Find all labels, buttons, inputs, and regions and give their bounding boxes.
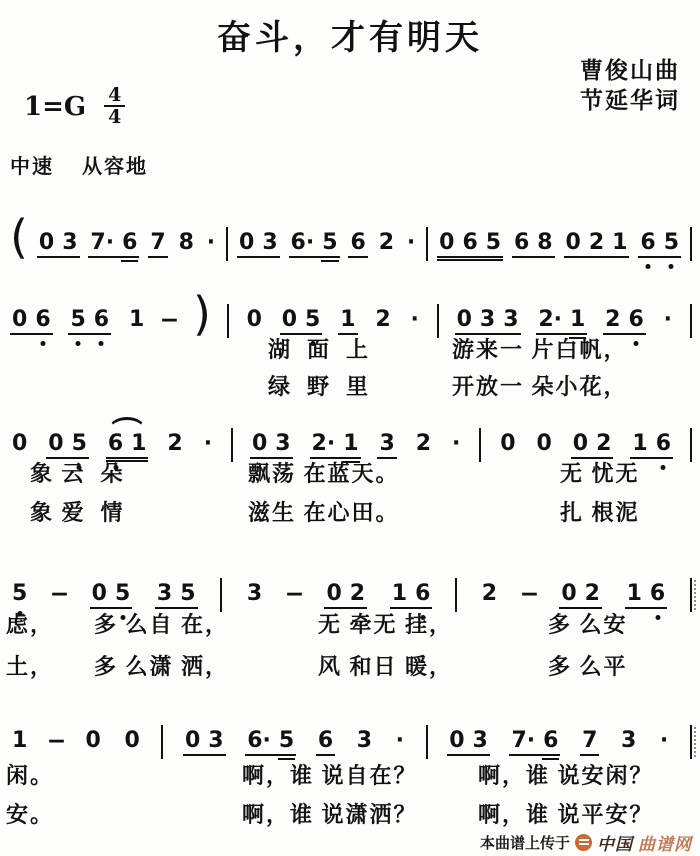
- jianpu-note: 0: [86, 730, 101, 752]
- jianpu-note: 1: [392, 583, 407, 605]
- jianpu-note: 6: [108, 433, 123, 455]
- jianpu-note: 2: [416, 433, 431, 455]
- jianpu-note: 5: [115, 583, 130, 605]
- duration-dash: –: [160, 309, 179, 331]
- barline: [426, 227, 428, 261]
- lyric-row-3: 象 云 朵飘荡 在蓝天。无 忧无: [0, 457, 700, 489]
- key-signature: 1=G44: [24, 86, 125, 126]
- song-title: 奋斗，才有明天: [0, 10, 700, 59]
- note-group: 03: [447, 730, 490, 756]
- note-group: 0: [10, 433, 29, 457]
- note-group: –: [52, 583, 67, 607]
- jianpu-note: 6: [350, 232, 365, 254]
- jianpu-note: 1: [343, 433, 358, 455]
- augmentation-dot: ·: [664, 309, 672, 331]
- augmentation-dot: ·: [396, 730, 404, 752]
- lyric-segment: 绿 野 里: [268, 370, 370, 401]
- jianpu-note: 0: [566, 232, 581, 254]
- jianpu-note: 6: [514, 232, 529, 254]
- lyric-segment: 开放一 朵小花，: [452, 370, 628, 401]
- note-group: 021: [564, 232, 630, 258]
- note-group: 1: [127, 309, 146, 333]
- jianpu-note: 0: [500, 433, 515, 455]
- note-group: ·: [409, 309, 421, 333]
- note-group: 16: [630, 433, 673, 459]
- jianpu-note: 5: [322, 232, 337, 254]
- note-group: 02: [324, 583, 367, 609]
- note-group: ·: [202, 433, 214, 457]
- note-group: 0: [122, 730, 141, 754]
- note-group: 06: [10, 309, 53, 335]
- jianpu-note: 6: [462, 232, 477, 254]
- lyric-segment: 无 牵无 挂，: [318, 608, 453, 639]
- jianpu-note: 1: [632, 433, 647, 455]
- barline: [161, 725, 163, 759]
- jianpu-note: 0: [561, 583, 576, 605]
- lyric-segment: 土，: [6, 650, 54, 681]
- jianpu-note: 2: [375, 309, 390, 331]
- note-group: 2: [480, 583, 499, 607]
- jianpu-note: 0: [239, 232, 254, 254]
- site-name-suffix: 曲谱网: [638, 830, 692, 855]
- note-group: 2: [377, 232, 396, 256]
- jianpu-note: 5: [305, 309, 320, 331]
- note-group: 0: [84, 730, 103, 754]
- jianpu-note: 3: [247, 583, 262, 605]
- note-group: 5: [10, 583, 29, 607]
- duration-dash: –: [520, 583, 539, 605]
- lyric-segment: 象 云 朵: [30, 457, 125, 488]
- jianpu-note: 1: [340, 309, 355, 331]
- duration-dash: –: [285, 583, 304, 605]
- augmentation-dot: ·: [204, 433, 212, 455]
- jianpu-note: 6·: [247, 730, 271, 752]
- jianpu-note: 2·: [538, 309, 562, 331]
- augmentation-dot: ·: [207, 232, 215, 254]
- lyric-segment: 啊，谁 说潇洒？: [242, 798, 418, 829]
- jianpu-note: 6: [318, 730, 333, 752]
- jianpu-note: 0: [12, 309, 27, 331]
- note-group: ·: [394, 730, 406, 754]
- intro-paren-close: ): [193, 291, 211, 337]
- note-group: 3: [619, 730, 638, 754]
- lyric-segment: 飘荡 在蓝天。: [248, 457, 400, 488]
- jianpu-note: 0: [185, 730, 200, 752]
- note-group: 26: [603, 309, 646, 335]
- lyric-row-7: 闲。啊，谁 说自在？啊，谁 说安闲？: [0, 759, 700, 791]
- lyric-row-1: 湖 面 上游来一 片白帆，: [0, 333, 700, 365]
- note-group: ·: [205, 232, 217, 256]
- note-group: ·: [658, 730, 670, 754]
- jianpu-note: 0: [326, 583, 341, 605]
- jianpu-note: 3: [262, 232, 277, 254]
- jianpu-note: 0: [39, 232, 54, 254]
- jianpu-note: 2: [596, 433, 611, 455]
- barline: [426, 725, 428, 759]
- jianpu-note: 6: [650, 583, 665, 605]
- jianpu-note: 3: [208, 730, 223, 752]
- low-octave-dot: [669, 264, 674, 269]
- jianpu-note: 2: [350, 583, 365, 605]
- lyric-row-5: 虑，多 么自 在，无 牵无 挂，多 么安: [0, 608, 700, 640]
- note-group: 61: [106, 433, 149, 459]
- lyric-segment: 多 么平: [548, 650, 628, 681]
- note-group: 2·1: [310, 433, 361, 459]
- lyric-segment: 扎 根泥: [560, 496, 640, 527]
- jianpu-note: 2: [167, 433, 182, 455]
- upload-note-text: 本曲谱上传于: [480, 832, 570, 853]
- jianpu-note: 1: [12, 730, 27, 752]
- notation-line-1: (037·678·036·562·0656802165: [10, 210, 692, 258]
- note-group: 7: [148, 232, 167, 258]
- jianpu-note: 1: [131, 433, 146, 455]
- notation-line-2: 06561–)00512·0332·126·: [10, 287, 692, 335]
- lyric-row-2: 绿 野 里开放一 朵小花，: [0, 370, 700, 402]
- jianpu-note: 2: [605, 309, 620, 331]
- jianpu-note: 2: [482, 583, 497, 605]
- lyric-segment: 无 忧无: [560, 457, 640, 488]
- note-group: –: [49, 730, 64, 754]
- note-group: 56: [68, 309, 111, 335]
- jianpu-note: 0: [457, 309, 472, 331]
- jianpu-note: 0: [124, 730, 139, 752]
- note-group: 35: [155, 583, 198, 609]
- jianpu-note: 2·: [312, 433, 336, 455]
- jianpu-note: 6·: [291, 232, 315, 254]
- lyric-row-8: 安。啊，谁 说潇洒？啊，谁 说平安？: [0, 798, 700, 830]
- lyricist-credit: 节延华词: [580, 86, 680, 116]
- barline: [455, 578, 457, 612]
- note-group: 05: [90, 583, 133, 609]
- notation-line-4: 5–05353–02162–0216: [10, 566, 692, 609]
- jianpu-note: 1: [627, 583, 642, 605]
- lyric-segment: 滋生 在心田。: [248, 496, 400, 527]
- jianpu-note: 2: [379, 232, 394, 254]
- note-group: 03: [237, 232, 280, 258]
- jianpu-note: 0: [573, 433, 588, 455]
- note-group: 03: [37, 232, 80, 258]
- note-group: 03: [250, 433, 293, 459]
- sheet-music-page: 奋斗，才有明天 曹俊山曲 节延华词 1=G44 中速从容地 (037·678·0…: [0, 0, 700, 856]
- note-group: –: [162, 309, 177, 333]
- jianpu-note: 3: [473, 730, 488, 752]
- time-signature-numerator: 4: [104, 86, 125, 107]
- credits-block: 曹俊山曲 节延华词: [580, 56, 680, 116]
- jianpu-note: 6: [543, 730, 558, 752]
- lyric-segment: 闲。: [6, 759, 54, 790]
- jianpu-note: 6: [122, 232, 137, 254]
- note-group: 2: [373, 309, 392, 333]
- jianpu-note: 7·: [511, 730, 535, 752]
- jianpu-note: 7: [582, 730, 597, 752]
- jianpu-note: 3: [621, 730, 636, 752]
- lyric-segment: 啊，谁 说平安？: [478, 798, 654, 829]
- jianpu-note: 1: [570, 309, 585, 331]
- note-group: 6·5: [289, 232, 340, 258]
- lyric-row-4: 象 爱 情滋生 在心田。扎 根泥: [0, 496, 700, 528]
- jianpu-note: 3: [503, 309, 518, 331]
- note-group: 033: [455, 309, 521, 335]
- jianpu-note: 0: [12, 433, 27, 455]
- note-group: 8: [177, 232, 196, 256]
- note-group: 65: [638, 232, 681, 258]
- notation-line-5: 1–00036·563·037·673·: [10, 713, 692, 756]
- note-group: 2·1: [536, 309, 587, 335]
- note-group: 0: [245, 309, 264, 333]
- jianpu-note: 2: [589, 232, 604, 254]
- jianpu-note: 0: [92, 583, 107, 605]
- note-group: 05: [46, 433, 89, 459]
- jianpu-note: 3: [157, 583, 172, 605]
- expression-text: 从容地: [82, 156, 148, 178]
- jianpu-note: 7·: [90, 232, 114, 254]
- jianpu-note: 5: [12, 583, 27, 605]
- note-group: 0: [498, 433, 517, 457]
- jianpu-note: 0: [439, 232, 454, 254]
- jianpu-note: 7: [150, 232, 165, 254]
- final-barline: [690, 578, 692, 612]
- jianpu-note: 3: [275, 433, 290, 455]
- note-group: ·: [662, 309, 674, 333]
- jianpu-note: 8: [179, 232, 194, 254]
- jianpu-note: 1: [129, 309, 144, 331]
- jianpu-note: 6: [640, 232, 655, 254]
- intro-paren-open: (: [10, 214, 28, 260]
- lyric-segment: 多 么潇 洒，: [94, 650, 229, 681]
- note-group: 7: [580, 730, 599, 756]
- duration-dash: –: [47, 730, 66, 752]
- lyric-segment: 湖 面 上: [268, 333, 370, 364]
- note-group: 7·6: [88, 232, 139, 258]
- note-group: 1: [10, 730, 29, 754]
- lyric-segment: 虑，: [6, 608, 54, 639]
- final-barline: [690, 725, 692, 759]
- jianpu-note: 0: [282, 309, 297, 331]
- jianpu-note: 3: [480, 309, 495, 331]
- lyric-segment: 多 么自 在，: [94, 608, 229, 639]
- note-group: 065: [437, 232, 503, 258]
- note-group: 02: [559, 583, 602, 609]
- jianpu-note: 0: [247, 309, 262, 331]
- lyric-row-6: 土，多 么潇 洒，风 和日 暖，多 么平: [0, 650, 700, 682]
- qupu-site-logo-icon: [575, 834, 592, 851]
- jianpu-note: 2: [585, 583, 600, 605]
- note-group: 0: [535, 433, 554, 457]
- jianpu-note: 5: [70, 309, 85, 331]
- augmentation-dot: ·: [452, 433, 460, 455]
- note-group: 3: [355, 730, 374, 754]
- notation-line-3: 005612·032·132·000216: [10, 416, 692, 459]
- jianpu-note: 5: [279, 730, 294, 752]
- augmentation-dot: ·: [411, 309, 419, 331]
- note-group: 05: [280, 309, 323, 335]
- duration-dash: –: [50, 583, 69, 605]
- lyric-segment: 象 爱 情: [30, 496, 125, 527]
- note-group: 16: [390, 583, 433, 609]
- lyric-segment: 安。: [6, 798, 54, 829]
- lyric-segment: 多 么安: [548, 608, 628, 639]
- jianpu-note: 0: [449, 730, 464, 752]
- jianpu-note: 3: [62, 232, 77, 254]
- key-label: 1=G: [24, 92, 86, 122]
- lyric-segment: 风 和日 暖，: [318, 650, 453, 681]
- composer-credit: 曹俊山曲: [580, 56, 680, 86]
- barline: [220, 578, 222, 612]
- note-group: –: [522, 583, 537, 607]
- jianpu-note: 6: [94, 309, 109, 331]
- barline: [690, 227, 692, 261]
- note-group: 2: [165, 433, 184, 457]
- note-group: 16: [625, 583, 668, 609]
- note-group: 6: [348, 232, 367, 258]
- lyric-segment: 啊，谁 说安闲？: [478, 759, 654, 790]
- barline: [226, 227, 228, 261]
- note-group: 3: [245, 583, 264, 607]
- jianpu-note: 8: [537, 232, 552, 254]
- low-octave-dot: [646, 264, 651, 269]
- note-group: 2: [414, 433, 433, 457]
- time-signature-denominator: 4: [104, 107, 125, 126]
- jianpu-note: 3: [357, 730, 372, 752]
- jianpu-note: 0: [252, 433, 267, 455]
- watermark-footer: 本曲谱上传于 中国曲谱网: [480, 830, 692, 855]
- note-group: 6·5: [245, 730, 296, 756]
- jianpu-note: 0: [537, 433, 552, 455]
- note-group: ·: [405, 232, 417, 256]
- note-group: 6: [316, 730, 335, 756]
- time-signature: 44: [104, 86, 125, 126]
- tempo-text: 中速: [10, 156, 54, 178]
- note-group: ·: [450, 433, 462, 457]
- note-group: 7·6: [509, 730, 560, 756]
- jianpu-note: 5: [486, 232, 501, 254]
- jianpu-note: 5: [180, 583, 195, 605]
- note-group: 3: [377, 433, 396, 459]
- jianpu-note: 3: [379, 433, 394, 455]
- jianpu-note: 6: [35, 309, 50, 331]
- note-group: 02: [571, 433, 614, 459]
- augmentation-dot: ·: [407, 232, 415, 254]
- note-group: 1: [338, 309, 357, 335]
- note-group: 68: [512, 232, 555, 258]
- note-group: –: [287, 583, 302, 607]
- lyric-segment: 游来一 片白帆，: [452, 333, 628, 364]
- note-group: 03: [183, 730, 226, 756]
- tempo-marking: 中速从容地: [10, 150, 148, 179]
- jianpu-note: 5: [72, 433, 87, 455]
- augmentation-dot: ·: [660, 730, 668, 752]
- jianpu-note: 6: [628, 309, 643, 331]
- jianpu-note: 5: [664, 232, 679, 254]
- site-name-prefix: 中国: [597, 830, 633, 855]
- jianpu-note: 6: [656, 433, 671, 455]
- jianpu-note: 1: [612, 232, 627, 254]
- lyric-segment: 啊，谁 说自在？: [242, 759, 418, 790]
- jianpu-note: 0: [48, 433, 63, 455]
- jianpu-note: 6: [415, 583, 430, 605]
